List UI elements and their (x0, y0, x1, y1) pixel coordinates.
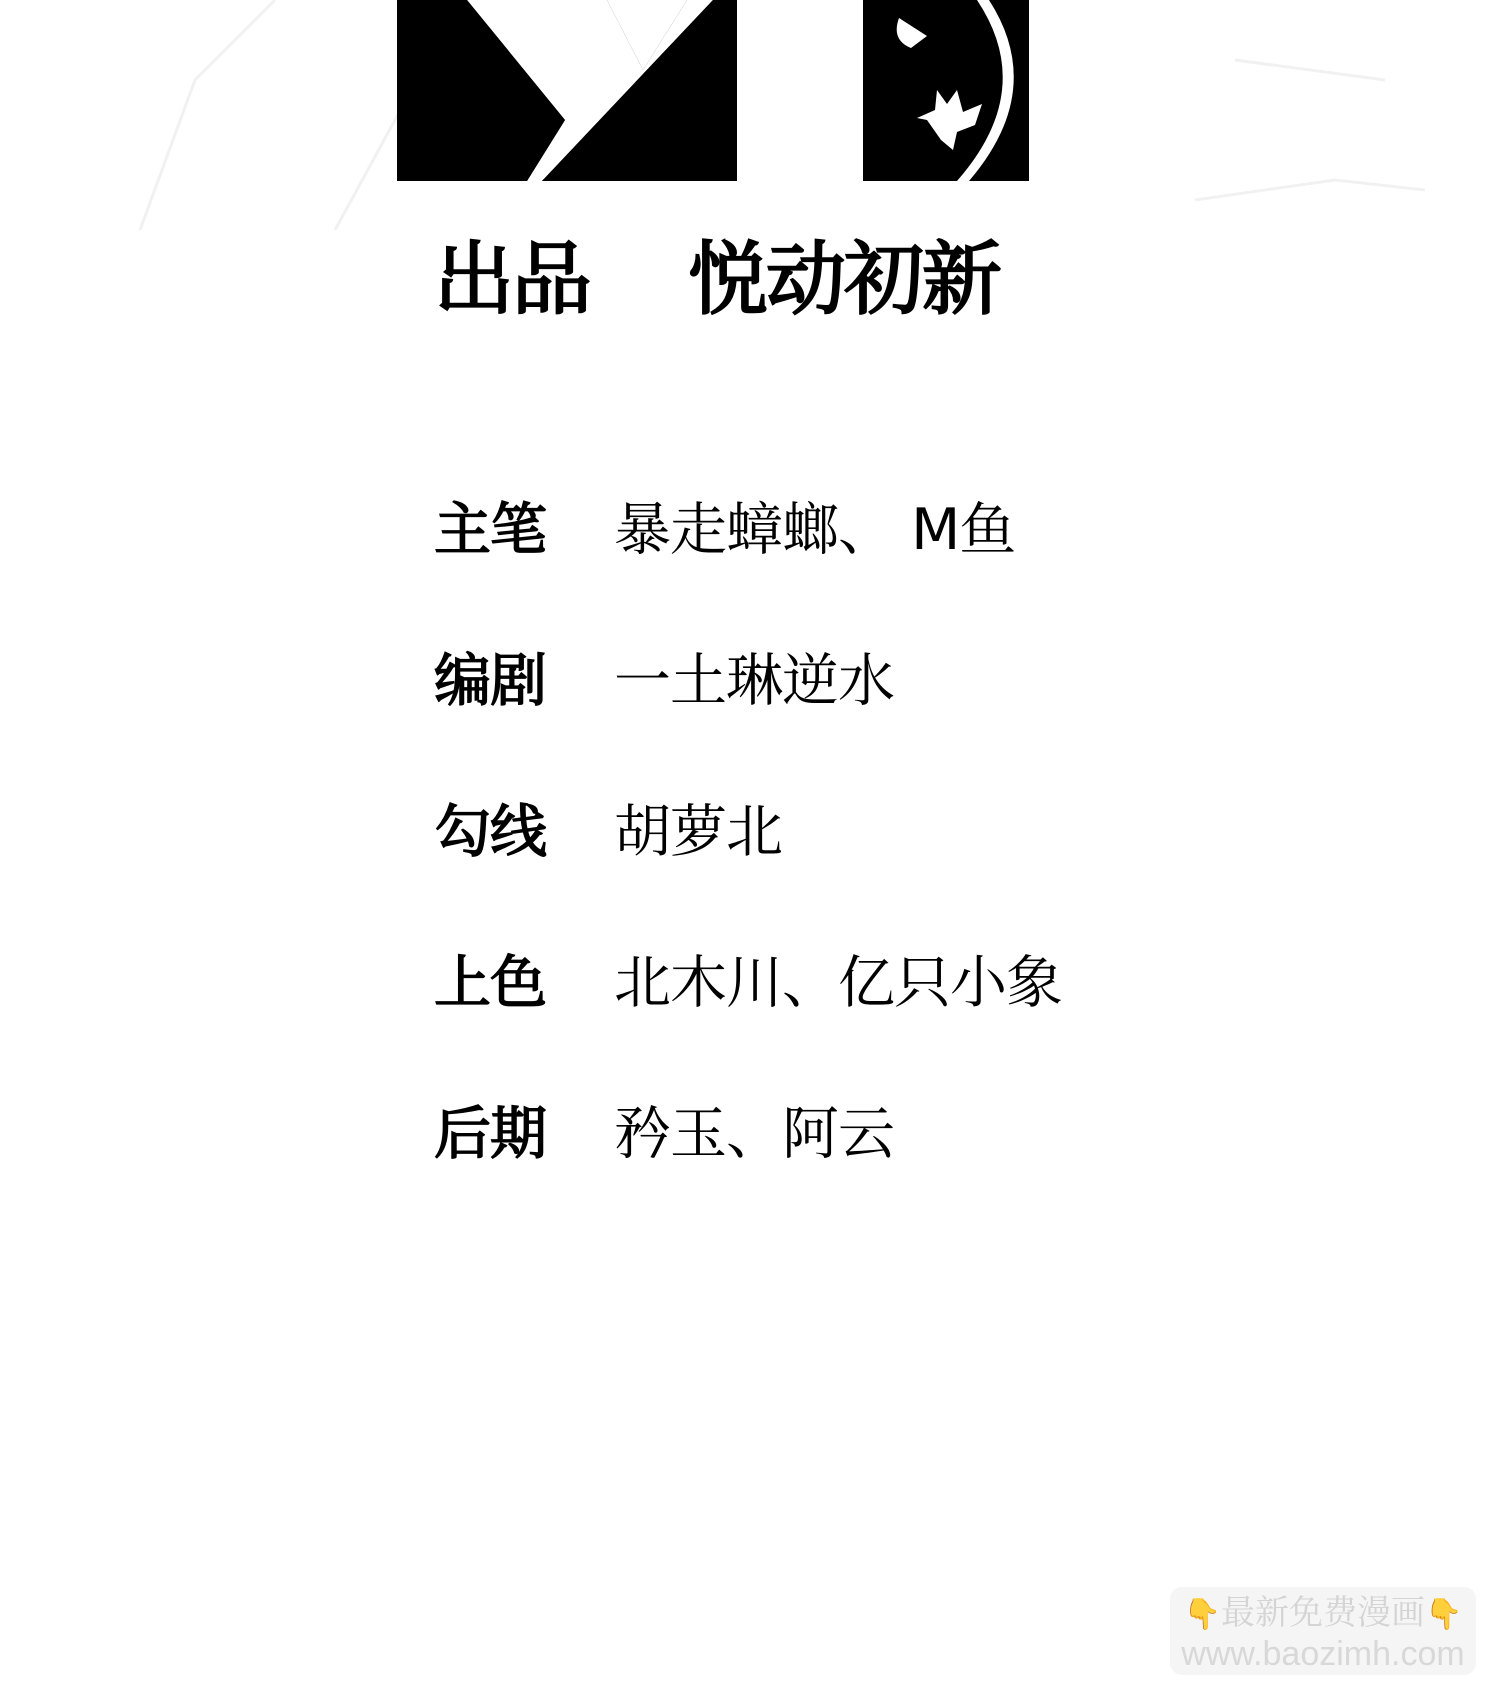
studio-logo-icon (397, 0, 1029, 182)
producer-label: 出品 (434, 230, 590, 330)
credit-value: 胡萝北 (614, 792, 782, 872)
credit-value: 暴走蟑螂、 M鱼 (614, 490, 1015, 570)
credit-label: 勾线 (434, 792, 614, 872)
credit-row-coloring: 上色 北木川、亿只小象 (434, 943, 1062, 1094)
producer-credit: 出品 悦动初新 (434, 230, 1000, 330)
credit-label: 编剧 (434, 641, 614, 721)
credit-row-screenwriter: 编剧 一土琳逆水 (434, 641, 1062, 792)
credit-value: 北木川、亿只小象 (614, 943, 1062, 1023)
site-watermark[interactable]: 👇最新免费漫画👇 www.baozimh.com (1170, 1587, 1476, 1675)
watermark-text: 最新免费漫画 (1221, 1593, 1425, 1633)
credit-label: 主笔 (434, 490, 614, 570)
watermark-banner: 👇最新免费漫画👇 (1170, 1593, 1476, 1635)
producer-value: 悦动初新 (688, 230, 1000, 330)
credit-row-post-production: 后期 矜玉、阿云 (434, 1094, 1062, 1245)
pointing-down-hand-icon: 👇 (1184, 1597, 1221, 1632)
credit-row-main-artist: 主笔 暴走蟑螂、 M鱼 (434, 490, 1062, 641)
watermark-url-link[interactable]: www.baozimh.com (1170, 1635, 1476, 1673)
pointing-down-hand-icon: 👇 (1425, 1597, 1462, 1632)
credit-value: 一土琳逆水 (614, 641, 894, 721)
credit-row-line-art: 勾线 胡萝北 (434, 792, 1062, 943)
credit-label: 后期 (434, 1094, 614, 1174)
credits-list: 主笔 暴走蟑螂、 M鱼 编剧 一土琳逆水 勾线 胡萝北 上色 北木川、亿只小象 … (434, 490, 1062, 1245)
credit-value: 矜玉、阿云 (614, 1094, 894, 1174)
studio-logo (397, 0, 1029, 182)
credit-label: 上色 (434, 943, 614, 1023)
